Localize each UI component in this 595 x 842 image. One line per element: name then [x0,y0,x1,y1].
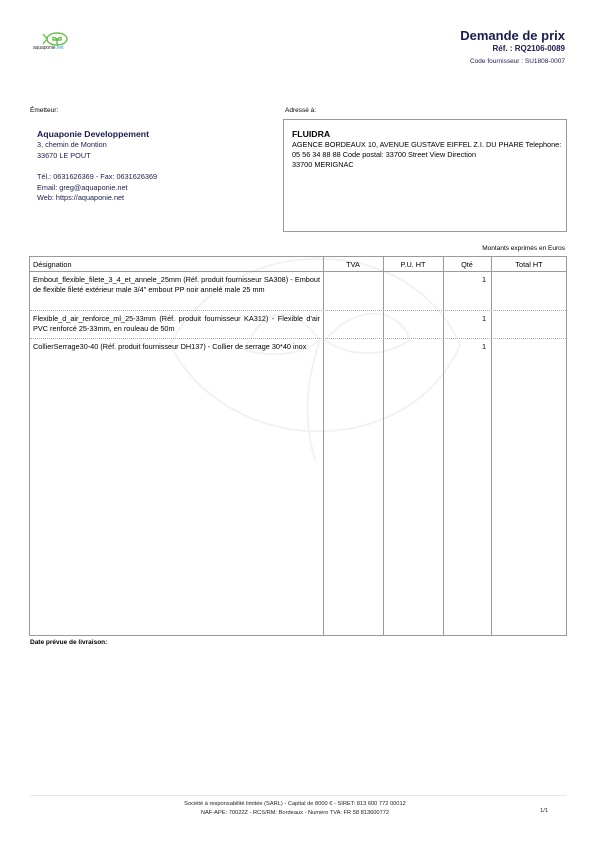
addressee-block: FLUIDRA AGENCE BORDEAUX 10, AVENUE GUSTA… [292,129,564,170]
emitter-address-line1: 3, chemin de Montion [37,140,157,151]
table-row: Flexible_d_air_renforce_ml_25-33mm (Réf.… [30,311,566,339]
emitter-label: Émetteur: [30,107,58,114]
table-row: Embout_flexible_filete_3_4_et_annele_25m… [30,272,566,311]
emitter-name: Aquaponie Developpement [37,129,157,140]
aquaponie-logo-icon [30,30,80,56]
row-designation: Embout_flexible_filete_3_4_et_annele_25m… [33,275,320,295]
logo-text: aquaponie [33,45,55,51]
footer-divider [30,795,567,796]
footer-legal: Société à responsabilité limitée (SARL) … [60,800,530,817]
emitter-phone-fax: Tél.: 0631626369 - Fax: 0631626369 [37,172,157,183]
table-header: Désignation TVA P.U. HT Qté Total HT [30,257,566,272]
emitter-email[interactable]: Email: greg@aquaponie.net [37,183,157,194]
footer-line1: Société à responsabilité limitée (SARL) … [60,800,530,809]
logo-wordmark: aquaponie.net [33,45,63,51]
row-designation: Flexible_d_air_renforce_ml_25-33mm (Réf.… [33,314,320,334]
header-unit-price: P.U. HT [383,260,443,269]
header-total: Total HT [491,260,567,269]
emitter-block: Aquaponie Developpement 3, chemin de Mon… [37,129,157,204]
document-reference: Réf. : RQ2106-0089 [493,44,565,53]
items-table: Désignation TVA P.U. HT Qté Total HT Emb… [29,256,567,636]
addressee-city: 33700 MERIGNAC [292,160,564,170]
row-quantity: 1 [482,275,486,285]
delivery-date-label: Date prévue de livraison: [30,639,107,646]
header-vat: TVA [323,260,383,269]
header-quantity: Qté [443,260,491,269]
addressee-address: AGENCE BORDEAUX 10, AVENUE GUSTAVE EIFFE… [292,140,564,160]
page-number: 1/1 [540,808,548,814]
document-title: Demande de prix [460,28,565,43]
header-designation: Désignation [33,260,72,269]
emitter-web[interactable]: Web: https://aquaponie.net [37,193,157,204]
table-row: CollierSerrage30-40 (Réf. produit fourni… [30,339,566,367]
currency-note: Montants exprimés en Euros [482,245,565,252]
footer-line2: NAF-APE: 70022Z - RCS/RM: Bordeaux - Num… [60,809,530,818]
supplier-code: Code fournisseur : SU1808-0007 [470,58,565,65]
addressee-name: FLUIDRA [292,129,564,140]
logo-tld: .net [55,45,63,51]
emitter-address-line2: 33670 LE POUT [37,151,157,162]
row-quantity: 1 [482,342,486,352]
addressee-label: Adressé à: [285,107,316,114]
row-designation: CollierSerrage30-40 (Réf. produit fourni… [33,342,320,352]
row-quantity: 1 [482,314,486,324]
